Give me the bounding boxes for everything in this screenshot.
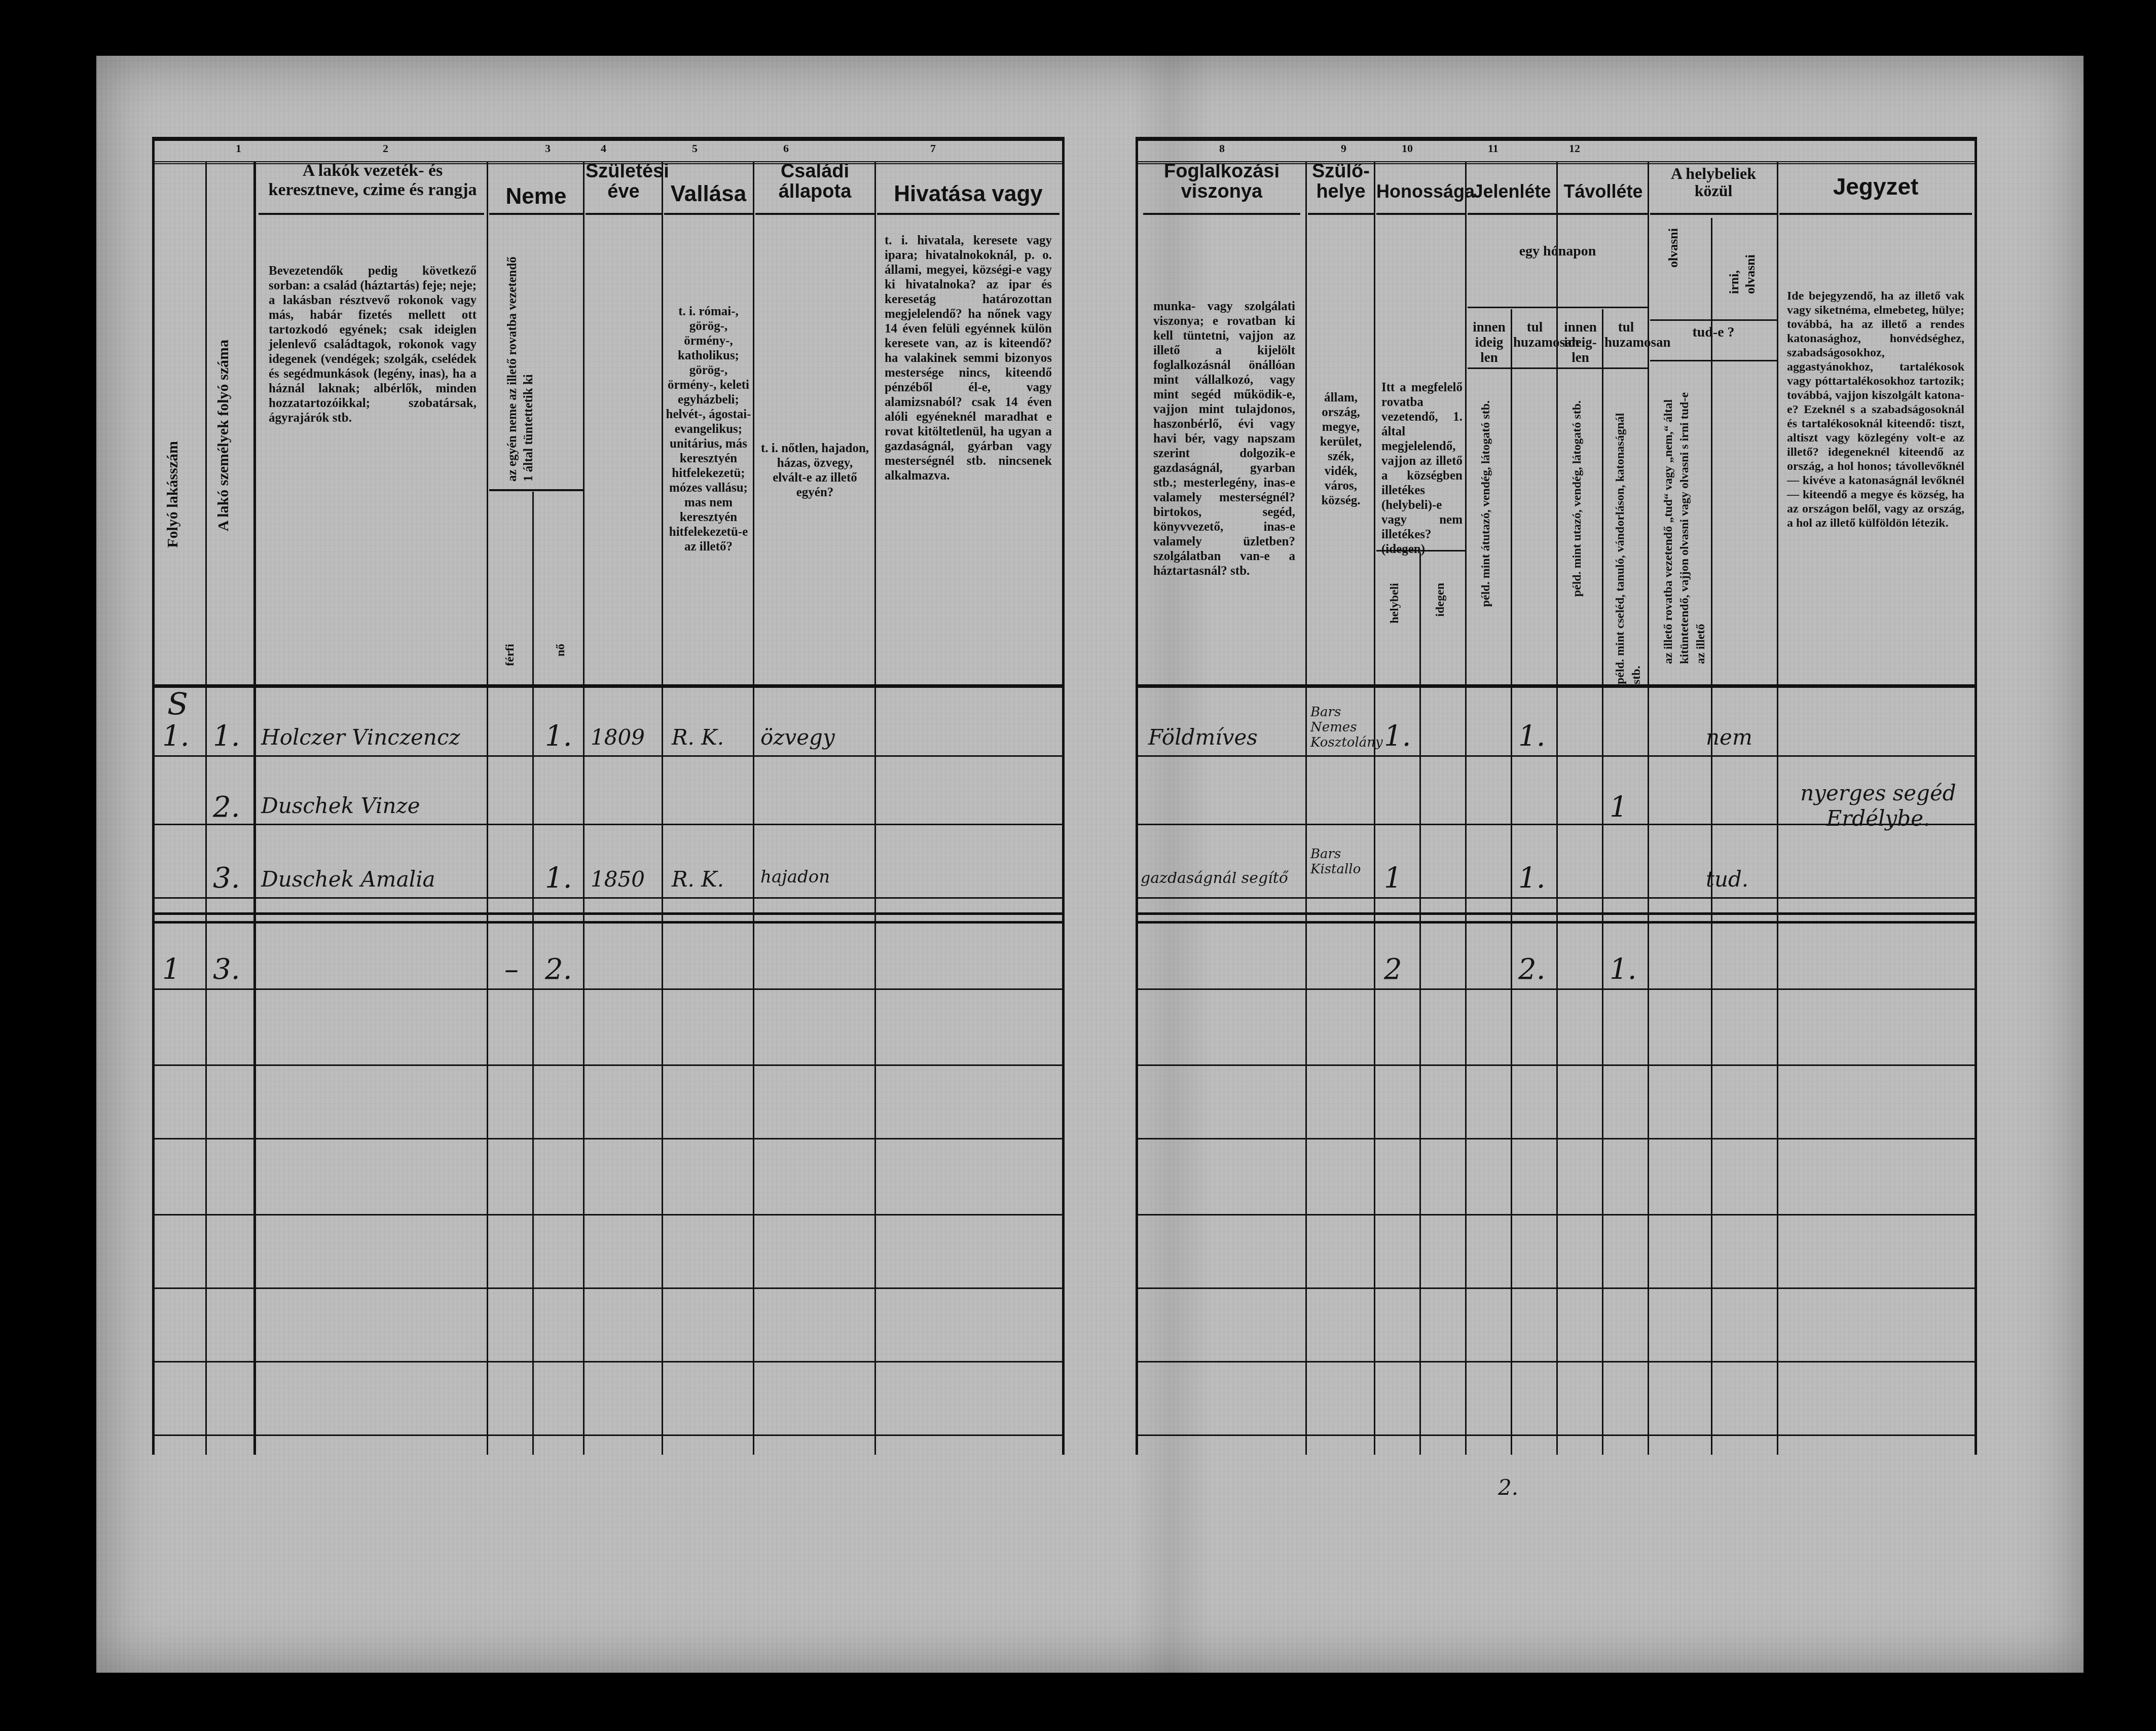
total-lakasszam: 1 [162,953,180,986]
cell-name: Holczer Vinczencz [261,725,460,750]
left-page: 1 2 3 4 5 6 7 Folyó lakásszám A lakó sze… [152,137,1065,1455]
cell-marital: özvegy [760,725,835,750]
total-male: – [504,953,519,986]
margin-mark: S [167,687,188,722]
header-helybeliek-kozul: A helybeliek közül [1650,165,1777,199]
note-jelen-ideiglen: péld. mint átutazó, vendég, látogató stb… [1478,400,1494,607]
cell-employment: gazdaságnál segítő [1141,869,1288,887]
cell-religion: R. K. [672,725,724,750]
total-tavol-huzamosan: 1. [1610,953,1636,986]
employment-instructions: munka- vagy szolgálati viszonya; e rovat… [1153,299,1295,578]
literacy-instructions: az illető rovatba vezetendő „tud“ vagy „… [1660,380,1767,664]
cell-helybeli: 1. [1384,720,1411,753]
header-jelen-huzamosan: tul huzamosan [1513,319,1556,350]
header-ferfi: férfi [502,644,518,666]
cell-folyoszam: 2. [213,791,240,824]
cell-sex-female: 1. [545,862,572,895]
total-helybeli: 2 [1384,953,1402,986]
header-honossaga: Honossága [1376,180,1465,203]
cell-folyoszam: 1. [213,720,240,753]
column-number: 11 [1488,142,1499,155]
column-number: 10 [1402,142,1413,155]
header-neme: Neme [489,185,583,208]
column-number: 8 [1219,142,1225,155]
cell-lakasszam: 1. [162,720,189,753]
column-number: 5 [692,142,698,155]
header-foglalkozasi-viszonya: Foglalkozási viszonya [1143,161,1300,202]
birthplace-instructions: állam, ország, megye, kerület, szék, vid… [1310,390,1371,508]
total-female: 2. [545,953,572,986]
cell-literacy: nem [1706,725,1752,750]
header-jelen-ideiglen: innen ideig len [1468,319,1511,365]
header-tavol-huzamosan: tul huzamosan [1604,319,1648,350]
note-tavol-huzamosan: péld. mint cseléd, tanuló, vándorláson, … [1612,400,1642,684]
cell-religion: R. K. [672,867,724,892]
header-olvasni: olvasni [1665,228,1682,268]
column-number-row: 1 2 3 4 5 6 7 [155,137,1062,164]
notes-instructions: Ide bejegyzendő, ha az illető vak vagy s… [1787,289,1964,530]
cell-tavol-huzamosan: 1 [1610,791,1628,824]
cell-name: Duschek Amalia [261,867,435,892]
cell-employment: Földmíves [1148,725,1258,750]
header-folyo-lakasszam: Folyó lakásszám [165,441,181,548]
header-tavollete: Távolléte [1559,180,1648,203]
total-folyoszam: 3. [213,953,240,986]
header-szuletesi-eve: Születési éve [586,161,662,202]
cell-jelen-huzamosan: 1. [1518,720,1545,753]
header-jegyzet: Jegyzet [1779,175,1972,198]
cell-note: nyerges segéd Erdélybe. [1792,781,1964,831]
header-no: nő [553,644,569,656]
header-jelenlete: Jelenléte [1468,180,1556,203]
census-sheet: 1 2 3 4 5 6 7 Folyó lakásszám A lakó sze… [96,56,2084,1673]
header-idegen: idegen [1432,583,1448,617]
column-number: 2 [383,142,388,155]
cell-birthplace: Bars Kistallo [1310,846,1371,877]
note-tavol-ideiglen: péld. mint utazó, vendég, látogató stb. [1569,400,1585,597]
column-number-row: 8 9 10 11 12 [1138,137,1975,164]
cell-folyoszam: 3. [213,862,240,895]
column-number: 4 [601,142,606,155]
cell-marital: hajadon [760,867,830,887]
cell-name: Duschek Vinze [261,793,420,818]
name-instructions: Bevezetendők pedig következő sorban: a c… [269,264,477,425]
cell-birth-year: 1809 [591,725,645,750]
header-egy-honapon: egy hónapon [1468,243,1648,260]
header-name: A lakók vezeték- és keresztneve, czime é… [261,161,484,200]
header-csaladi-allapota: Családi állapota [755,161,874,202]
margin-mark: 2. [1498,1475,1518,1500]
marital-instructions: t. i. nőtlen, hajadon, házas, özvegy, el… [760,441,869,500]
header-tud-e: tud-e ? [1650,324,1777,341]
column-number: 1 [236,142,241,155]
religion-instructions: t. i. római-, görög-, örmény-, katholiku… [664,304,753,554]
header-tavol-ideiglen: innen ideig- len [1559,319,1602,365]
cell-birthplace: Bars Nemes Kosztolány [1310,705,1371,750]
total-jelen-huzamosan: 2. [1518,953,1545,986]
occupation-instructions: t. i. hivatala, keresete vagy ipara; hiv… [885,233,1052,483]
cell-jelen-huzamosan: 1. [1518,862,1545,895]
cell-literacy: tud. [1706,867,1748,892]
cell-sex-female: 1. [545,720,572,753]
residency-instructions: Itt a megfelelő rovatba vezetendő, 1. ál… [1381,380,1463,557]
cell-helybeli: 1 [1384,862,1402,895]
column-number: 12 [1569,142,1580,155]
cell-birth-year: 1850 [591,867,645,892]
header-vallasa: Vallása [664,182,753,206]
column-number: 3 [545,142,551,155]
header-lako-folyoszam: A lakó személyek folyó száma [215,340,232,531]
header-hivatasa: Hivatása vagy [877,182,1059,206]
column-number: 9 [1341,142,1346,155]
column-number: 7 [930,142,936,155]
header-irni-olvasni: irni, olvasni [1726,228,1762,294]
header-szulohelye: Szülő- helye [1308,161,1374,202]
column-number: 6 [783,142,789,155]
header-helybeli: helybeli [1386,583,1403,623]
right-page: 8 9 10 11 12 Foglalkozási viszonya munka… [1136,137,1977,1455]
sex-instructions: az egyén neme az illető rovatba vezetend… [504,248,550,482]
